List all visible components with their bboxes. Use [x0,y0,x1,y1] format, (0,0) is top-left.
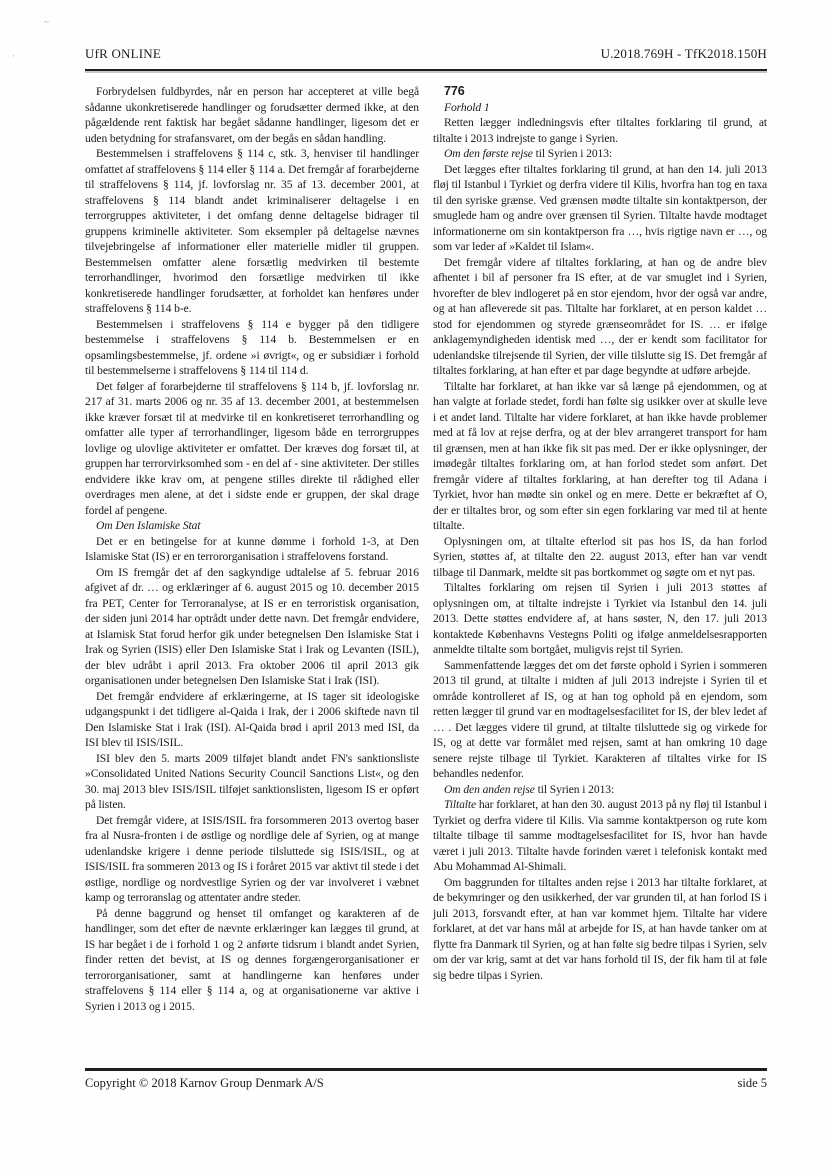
paragraph: Det er en betingelse for at kunne dømme … [85,534,419,565]
paragraph: Bestemmelsen i straffelovens § 114 c, st… [85,146,419,317]
paragraph: Om IS fremgår det af den sagkyndige udta… [85,565,419,689]
text-run: På denne baggrund og henset til omfanget… [85,907,419,1013]
text-run: har forklaret, at han den 30. august 201… [433,798,767,873]
section-heading: Om Den Islamiske Stat [85,518,419,534]
paragraph: Tiltalte har forklaret, at han den 30. a… [433,797,767,875]
text-run: Sammenfattende lægges det om det første … [433,659,767,781]
text-run: Om den første rejse [444,147,533,160]
paragraph: Tiltaltes forklaring om rejsen til Syrie… [433,580,767,658]
text-run: Retten lægger indledningsvis efter tilta… [433,116,767,145]
page-marker: 776 [433,84,767,100]
footer-rule [85,1068,767,1071]
paragraph: Retten lægger indledningsvis efter tilta… [433,115,767,146]
paragraph: Forbrydelsen fuldbyrdes, når en person h… [85,84,419,146]
paragraph: Tiltalte har forklaret, at han ikke var … [433,379,767,534]
section-heading: Om den anden rejse til Syrien i 2013: [433,782,767,798]
header-citation: U.2018.769H - TfK2018.150H [601,46,767,62]
paragraph: Det fremgår videre, at ISIS/ISIL fra for… [85,813,419,906]
paragraph: På denne baggrund og henset til omfanget… [85,906,419,1015]
scan-artifact: ~ [44,18,49,27]
section-heading: Om den første rejse til Syrien i 2013: [433,146,767,162]
text-run: til Syrien i 2013: [533,147,612,160]
text-run: Det er en betingelse for at kunne dømme … [85,535,419,564]
paragraph: Det følger af forarbejderne til straffel… [85,379,419,519]
text-run: Det fremgår endvidere af erklæringerne, … [85,690,419,750]
text-run: Forbrydelsen fuldbyrdes, når en person h… [85,85,419,145]
paragraph: Bestemmelsen i straffelovens § 114 e byg… [85,317,419,379]
two-column-body: Forbrydelsen fuldbyrdes, når en person h… [85,84,767,1070]
text-run: Tiltalte [444,798,476,811]
header-rule [85,69,767,71]
right-column: 776Forhold 1Retten lægger indledningsvis… [433,84,767,1070]
footer-copyright: Copyright © 2018 Karnov Group Denmark A/… [85,1076,324,1091]
section-heading: Forhold 1 [433,100,767,116]
footer-page-number: side 5 [737,1076,767,1091]
document-page: ~ · UfR ONLINE U.2018.769H - TfK2018.150… [0,0,828,1169]
text-run: Forhold 1 [444,101,490,114]
text-run: Bestemmelsen i straffelovens § 114 c, st… [85,147,419,315]
paragraph: Oplysningen om, at tiltalte efterlod sit… [433,534,767,581]
text-run: Det lægges efter tiltaltes forklaring ti… [433,163,767,254]
left-column: Forbrydelsen fuldbyrdes, når en person h… [85,84,419,1070]
text-run: Det fremgår videre af tiltaltes forklari… [433,256,767,378]
text-run: Om baggrunden for tiltaltes anden rejse … [433,876,767,982]
scan-artifact: · [12,52,15,61]
text-run: til Syrien i 2013: [535,783,614,796]
text-run: Om den anden rejse [444,783,535,796]
text-run: Oplysningen om, at tiltalte efterlod sit… [433,535,767,579]
paragraph: Sammenfattende lægges det om det første … [433,658,767,782]
page-footer: Copyright © 2018 Karnov Group Denmark A/… [85,1076,767,1091]
paragraph: Det lægges efter tiltaltes forklaring ti… [433,162,767,255]
text-run: Om IS fremgår det af den sagkyndige udta… [85,566,419,688]
paragraph: Det fremgår videre af tiltaltes forklari… [433,255,767,379]
text-run: Det følger af forarbejderne til straffel… [85,380,419,517]
paragraph: Om baggrunden for tiltaltes anden rejse … [433,875,767,984]
text-run: 776 [444,84,465,98]
text-run: Tiltalte har forklaret, at han ikke var … [433,380,767,533]
header-source-label: UfR ONLINE [85,46,161,62]
text-run: Om Den Islamiske Stat [96,519,200,532]
text-run: ISI blev den 5. marts 2009 tilføjet blan… [85,752,419,812]
text-run: Bestemmelsen i straffelovens § 114 e byg… [85,318,419,378]
paragraph: Det fremgår endvidere af erklæringerne, … [85,689,419,751]
page-header: UfR ONLINE U.2018.769H - TfK2018.150H [85,46,767,62]
text-run: Tiltaltes forklaring om rejsen til Syrie… [433,581,767,656]
text-run: Det fremgår videre, at ISIS/ISIL fra for… [85,814,419,905]
paragraph: ISI blev den 5. marts 2009 tilføjet blan… [85,751,419,813]
